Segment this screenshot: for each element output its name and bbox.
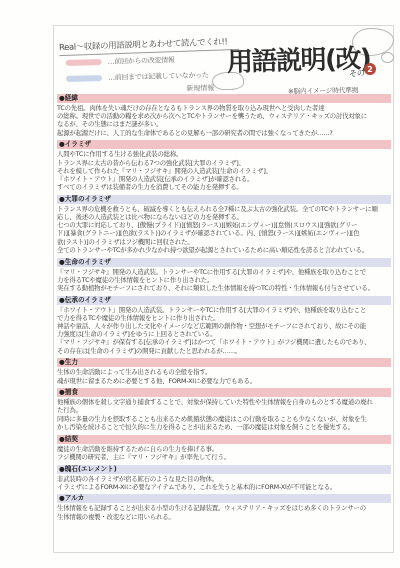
legend-swatch [66,59,102,66]
legend: …前回からの改変情報 …前回までは記載していなかった 新規情報 [66,54,215,97]
section-header: ●魄石(エレメント) [57,465,391,474]
legend-label: …前回までは記載していなかった [108,70,209,83]
section-header: ●大罪のイラミザ [57,195,391,204]
glossary-line: 欲(ラスト)]のイラミザはフジ機関に回収された。 [57,238,391,246]
section-body: 『マリ・フジサキ』開発の人造武装。トランサーやTCに作用する[大罪のイラミザ]や… [57,267,391,293]
section-body: 生体情報をも記録することが出来る小型の生ける記録装置。ウィステリア・キッズをはじ… [57,503,391,520]
glossary-section: ●イラミザ 人間やTCに作用する生ける強化武装の総称。トランス界に太古の昔から伝… [57,140,391,191]
section-body: 魔徒の生命活動を維持するために自らの生力を捧げる事。フジ機関の研究者、主に『マリ… [57,444,391,461]
title-suffix: その [349,67,366,79]
glossary-line: 応し、後述の人造武装とは比べ物にならないほどの力を発揮する。 [57,213,391,221]
section-header: ●生命のイラミザ [57,258,391,267]
glossary-line: その存在は[生命のイラミザ]の開発に貢献したと思われるが……。 [57,347,391,355]
glossary-line: 同時に多量の生力を摂取することも出来るため飢餓状態の魔徒はこの行動を取ることも少… [57,415,391,423]
glossary-line: た行為。 [57,406,391,414]
glossary-line: 生体情報をも記録することが出来る小型の生ける記録装置。ウィステリア・キッズをはじ… [57,504,391,512]
glossary-line: 起源が起源だけに、人工的な生命体であるとの見解も一部の研究者の間では強くなってき… [57,129,391,137]
glossary-section: ●伝承のイラミザ 『ホワイト・アウト』開発の人造武装。トランサーやTCに作用する… [57,296,391,355]
section-body: 生体の生命活動によって生み出されるもの全般を指す。魂が現世に留まるために必要とす… [57,367,391,384]
glossary-line: トランス界の危機を救うとも、破滅を導くとも伝えられる全7種に及ぶ太古の強化武装。… [57,205,391,213]
glossary-line: 七つの大罪に対応しており、[傲慢(プライド)][憤怒(ラース)][嫉妬(エンヴィ… [57,221,391,229]
glossary-line: 生体の生命活動によって生み出されるもの全般を指す。 [57,368,391,376]
glossary-section: ●魄石(エレメント) 非武装時の各イラミザが宿る鉱石のような見た目の物体。イラミ… [57,465,391,491]
glossary-line: すべてのイラミザは装備者の生力を消費してその能力を発揮する。 [57,183,391,191]
glossary-line: 魂が現世に留まるために必要とする他、FORM-XIに必要な力でもある。 [57,377,391,385]
glossary-section: ●アルカ 生体情報をも記録することが出来る小型の生ける記録装置。ウィステリア・キ… [57,494,391,520]
section-header: ●伝承のイラミザ [57,296,391,305]
glossary-section: ●経緯 TCの先祖。肉体を失い魂だけの存在となるもトランス界の物質を取り込み現世… [57,94,391,137]
section-header: ●経緯 [57,94,391,103]
glossary-line: 人間やTCに作用する生ける強化武装の総称。 [57,150,391,158]
glossary-line: の総称。現世での活動の糧を求め次から次へとTCやトランサーを襲うため、ウィステリ… [57,112,391,120]
section-body: 非武装時の各イラミザが宿る鉱石のような見た目の物体。イラミザによるFORM-XI… [57,474,391,491]
legend-label: …前回からの改変情報 [108,55,175,67]
glossary-line: ド)][暴食(グラトニー)][色欲(ラスト)]のイラミザが確認されている。内、[… [57,229,391,237]
glossary-section: ●生力 生体の生命活動によって生み出されるもの全般を指す。魂が現世に留まるために… [57,358,391,384]
section-header: ●生力 [57,358,391,367]
glossary-line: 『マリ・フジサキ』開発の人造武装。トランサーやTCに作用する[大罪のイラミザ]や… [57,268,391,276]
scanned-glossary-page: Real～収録の用語説明とあわせて読んでくれ!! …前回からの改変情報 …前回ま… [0,0,400,568]
glossary-section: ●生命のイラミザ 『マリ・フジサキ』開発の人造武装。トランサーやTCに作用する[… [57,258,391,293]
glossary-line: かし汚染を続けることで恒久的に生力を得ることが出来るため、一部の魔徒は対象を飼う… [57,423,391,431]
glossary-line: 生体情報の複製・改変などに用いられる。 [57,513,391,521]
legend-row: …前回からの改変情報 [66,54,214,68]
glossary: ●経緯 TCの先祖。肉体を失い魂だけの存在となるもトランス界の物質を取り込み現世… [57,94,391,524]
glossary-line: イラミザによるFORM-XIに必要なアイテムであり、これを失うと基本的にFORM… [57,483,391,491]
glossary-line: なるが、その生態にはまだ謎が多い。 [57,120,391,128]
glossary-line: 非武装時の各イラミザが宿る鉱石のような見た目の物体。 [57,475,391,483]
glossary-line: フジ機関の研究者、主に『マリ・フジサキ』が率先して行う。 [57,453,391,461]
section-header: ●捕食 [57,388,391,397]
glossary-line: TCの先祖。肉体を失い魂だけの存在となるもトランス界の物質を取り込み現世へと受肉… [57,104,391,112]
glossary-line: 魔徒の生命活動を維持するために自らの生力を捧げる事。 [57,445,391,453]
section-body: 他種族の個体を殺し文字通り捕食することで、対象が保持していた特性や生体情報を自身… [57,397,391,431]
glossary-line: トランス界に太古の昔から伝わる7つの強化武装[大罪のイラミザ]、 [57,159,391,167]
legend-label-line2: 新規情報 [186,83,214,94]
glossary-section: ●捕食 他種族の個体を殺し文字通り捕食することで、対象が保持していた特性や生体情… [57,388,391,431]
glossary-line: 力強度は[生命のイラミザ]をゆうに上回るとされている。 [57,330,391,338]
legend-row: …前回までは記載していなかった [66,70,214,84]
section-header: ●アルカ [57,494,391,503]
glossary-line: 力を得るTCや魔徒の生体情報をヒントに作り出された。 [57,276,391,284]
glossary-section: ●結契 魔徒の生命活動を維持するために自らの生力を捧げる事。フジ機関の研究者、主… [57,435,391,461]
glossary-line: 『ホワイト・アウト』開発の人造武装[伝承のイラミザ]が確認される。 [57,175,391,183]
glossary-line: 『マリ・フジサキ』が保有する[伝承のイラミザ]はかつて『ホワイト・アウト』がフジ… [57,338,391,346]
handwritten-note: Real～収録の用語説明とあわせて読んでくれ!! [59,35,239,56]
section-header: ●結契 [57,435,391,444]
glossary-line: それを模して作られた『マリ・フジサキ』開発の人造武装[生命のイラミザ]、 [57,167,391,175]
section-body: 人間やTCに作用する生ける強化武装の総称。トランス界に太古の昔から伝わる7つの強… [57,149,391,191]
title-number-badge: 2 [364,63,376,75]
glossary-line: 実在する動植物がモチーフにされており、それに類似した生体情報を持つTCの特性・生… [57,284,391,292]
glossary-line: 全てのトランサーやTCが多かれ少なかれ持つ欲望が起源とされているために高い順応性… [57,246,391,254]
section-body: トランス界の危機を救うとも、破滅を導くとも伝えられる全7種に及ぶ太古の強化武装。… [57,204,391,254]
section-body: 『ホワイト・アウト』開発の人造武装。トランサーやTCに作用する[大罪のイラミザ]… [57,305,391,355]
glossary-line: で力を得るTCや魔徒の生体情報をヒントに作り出された。 [57,314,391,322]
cloud-doodle-icon [381,52,394,63]
glossary-section: ●大罪のイラミザ トランス界の危機を救うとも、破滅を導くとも伝えられる全7種に及… [57,195,391,254]
legend-swatch [66,75,102,82]
glossary-line: 他種族の個体を殺し文字通り捕食することで、対象が保持していた特性や生体情報を自身… [57,398,391,406]
section-header: ●イラミザ [57,140,391,149]
glossary-line: 『ホワイト・アウト』開発の人造武装。トランサーやTCに作用する[大罪のイラミザ]… [57,306,391,314]
section-body: TCの先祖。肉体を失い魂だけの存在となるもトランス界の物質を取り込み現世へと受肉… [57,103,391,137]
glossary-line: 神話や童話、人々が作り出した文化やイメージなど広範囲の創作物・空想がモチーフにさ… [57,322,391,330]
